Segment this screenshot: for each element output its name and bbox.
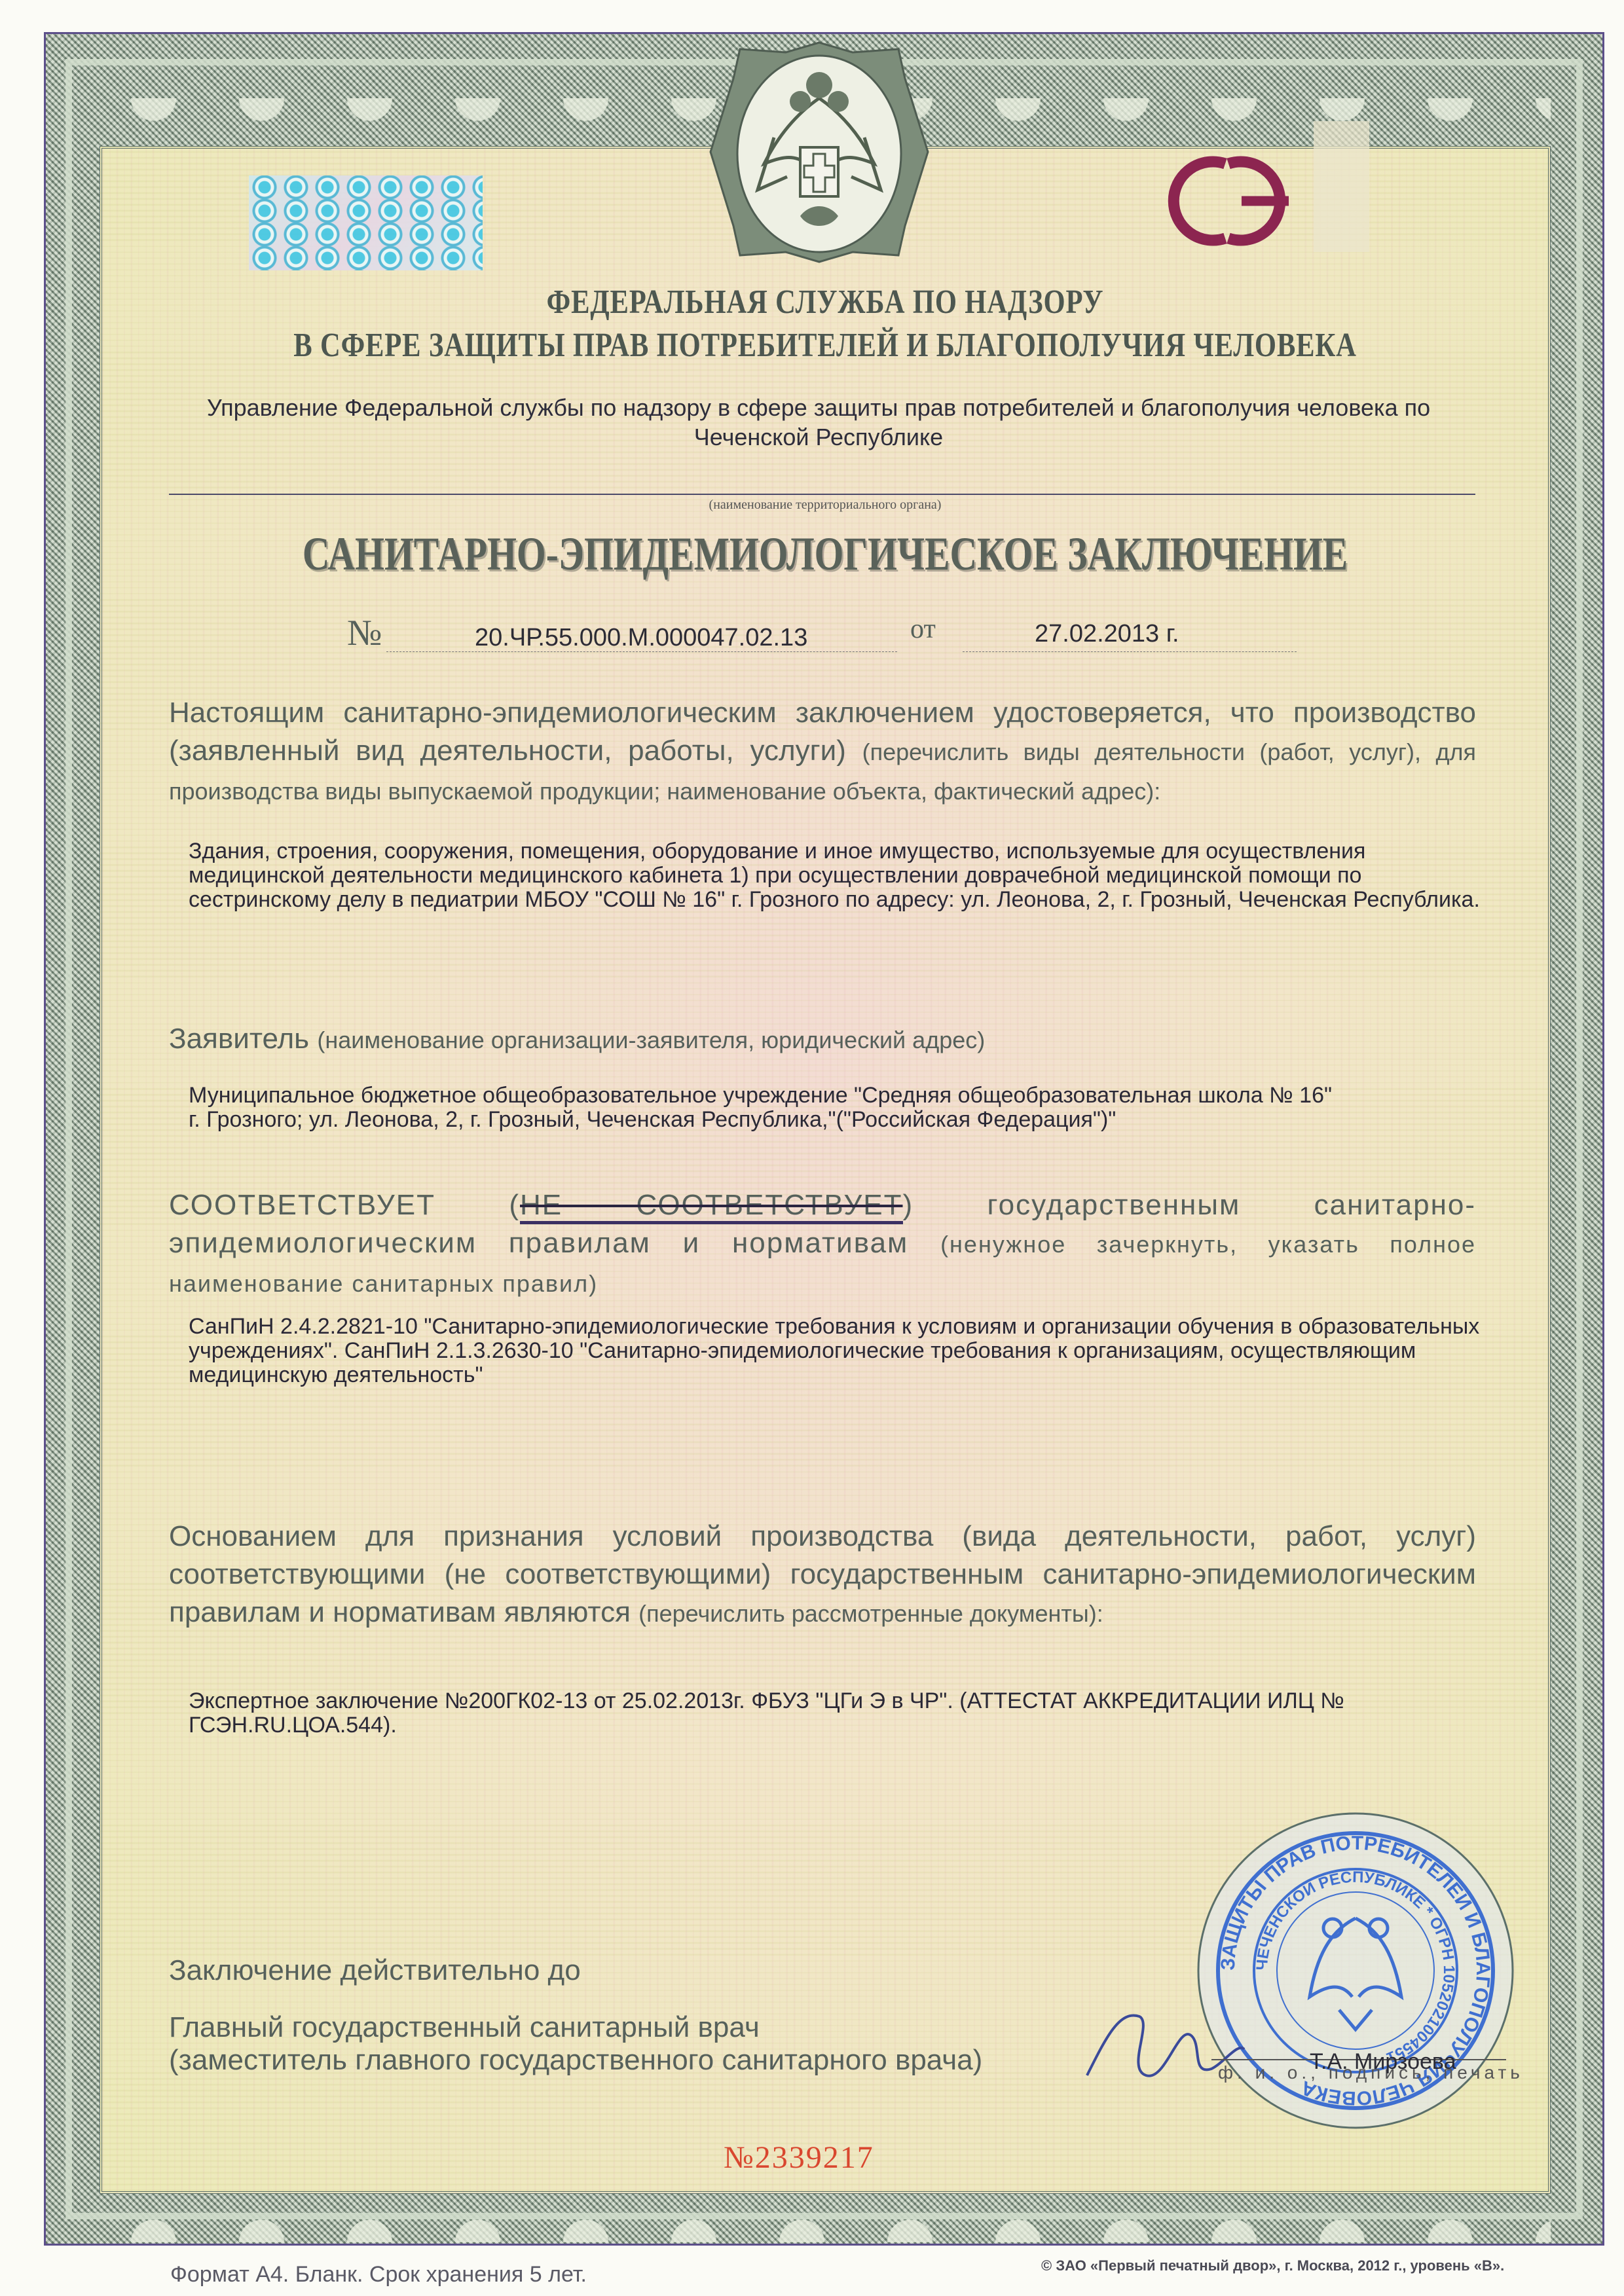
- bottom-wave-ornament: [100, 2196, 1551, 2242]
- territorial-caption: (наименование территориального органа): [100, 498, 1551, 513]
- applicant-value-line1: Муниципальное бюджетное общеобразователь…: [189, 1084, 1492, 1108]
- basis-statement: Основанием для признания условий произво…: [169, 1518, 1476, 1633]
- complies-option: СООТВЕТСТВУЕТ: [169, 1189, 435, 1221]
- basis-hint: (перечислить рассмотренные документы):: [638, 1600, 1103, 1627]
- activity-value: Здания, строения, сооружения, помещения,…: [189, 839, 1492, 912]
- agency-heading-line2: В СФЕРЕ ЗАЩИТЫ ПРАВ ПОТРЕБИТЕЛЕЙ И БЛАГО…: [230, 326, 1420, 365]
- number-sign: №: [347, 612, 382, 654]
- territorial-rule: [169, 494, 1475, 495]
- from-label: от: [910, 613, 936, 645]
- territorial-body-line1: Управление Федеральной службы по надзору…: [164, 393, 1473, 422]
- applicant-hint: (наименование организации-заявителя, юри…: [317, 1027, 985, 1053]
- footer-format-note: Формат А4. Бланк. Срок хранения 5 лет.: [170, 2262, 587, 2287]
- document-number: 20.ЧР.55.000.М.000047.02.13: [475, 624, 807, 652]
- applicant-label-row: Заявитель (наименование организации-заяв…: [169, 1020, 1476, 1059]
- not-complies-option-struck: НЕ СООТВЕТСТВУЕТ: [520, 1189, 902, 1224]
- number-underline: [386, 651, 897, 652]
- se-logo-icon: [1163, 152, 1304, 250]
- applicant-label: Заявитель: [169, 1023, 309, 1055]
- date-underline: [963, 651, 1297, 652]
- blank-serial-number: №2339217: [724, 2140, 874, 2176]
- chief-doctor-title: Главный государственный санитарный врач: [169, 2011, 760, 2044]
- territorial-body: Управление Федеральной службы по надзору…: [164, 393, 1473, 452]
- double-headed-eagle-emblem-icon: [702, 39, 936, 265]
- document-date: 27.02.2013 г.: [1035, 620, 1179, 648]
- agency-heading-line1: ФЕДЕРАЛЬНАЯ СЛУЖБА ПО НАДЗОРУ: [230, 283, 1420, 321]
- compliance-statement: СООТВЕТСТВУЕТ (НЕ СООТВЕТСТВУЕТ) государ…: [169, 1186, 1476, 1303]
- footer-printer-note: © ЗАО «Первый печатный двор», г. Москва,…: [1041, 2257, 1504, 2274]
- applicant-value: Муниципальное бюджетное общеобразователь…: [189, 1084, 1492, 1132]
- valid-until-label: Заключение действительно до: [169, 1954, 581, 1987]
- watermark-area: [1314, 121, 1369, 252]
- territorial-body-line2: Чеченской Республике: [164, 422, 1473, 452]
- basis-value-line1: Экспертное заключение №200ГК02-13 от 25.…: [189, 1689, 1492, 1713]
- activity-intro: Настоящим санитарно-эпидемиологическим з…: [169, 694, 1476, 811]
- sanitary-rules-value: СанПиН 2.4.2.2821-10 "Санитарно-эпидемио…: [189, 1315, 1492, 1387]
- basis-value-line2: ГСЭН.RU.ЦОА.544).: [189, 1713, 1492, 1738]
- document-number-row: № 20.ЧР.55.000.М.000047.02.13 от 27.02.2…: [0, 612, 1624, 658]
- security-hologram-icon: [249, 175, 483, 270]
- applicant-value-line2: г. Грозного; ул. Леонова, 2, г. Грозный,…: [189, 1108, 1492, 1132]
- basis-value: Экспертное заключение №200ГК02-13 от 25.…: [189, 1689, 1492, 1738]
- document-title: САНИТАРНО-ЭПИДЕМИОЛОГИЧЕСКОЕ ЗАКЛЮЧЕНИЕ: [245, 527, 1406, 581]
- deputy-doctor-title: (заместитель главного государственного с…: [169, 2044, 982, 2077]
- signatory-name: Т.А. Мирзоева: [1310, 2049, 1456, 2075]
